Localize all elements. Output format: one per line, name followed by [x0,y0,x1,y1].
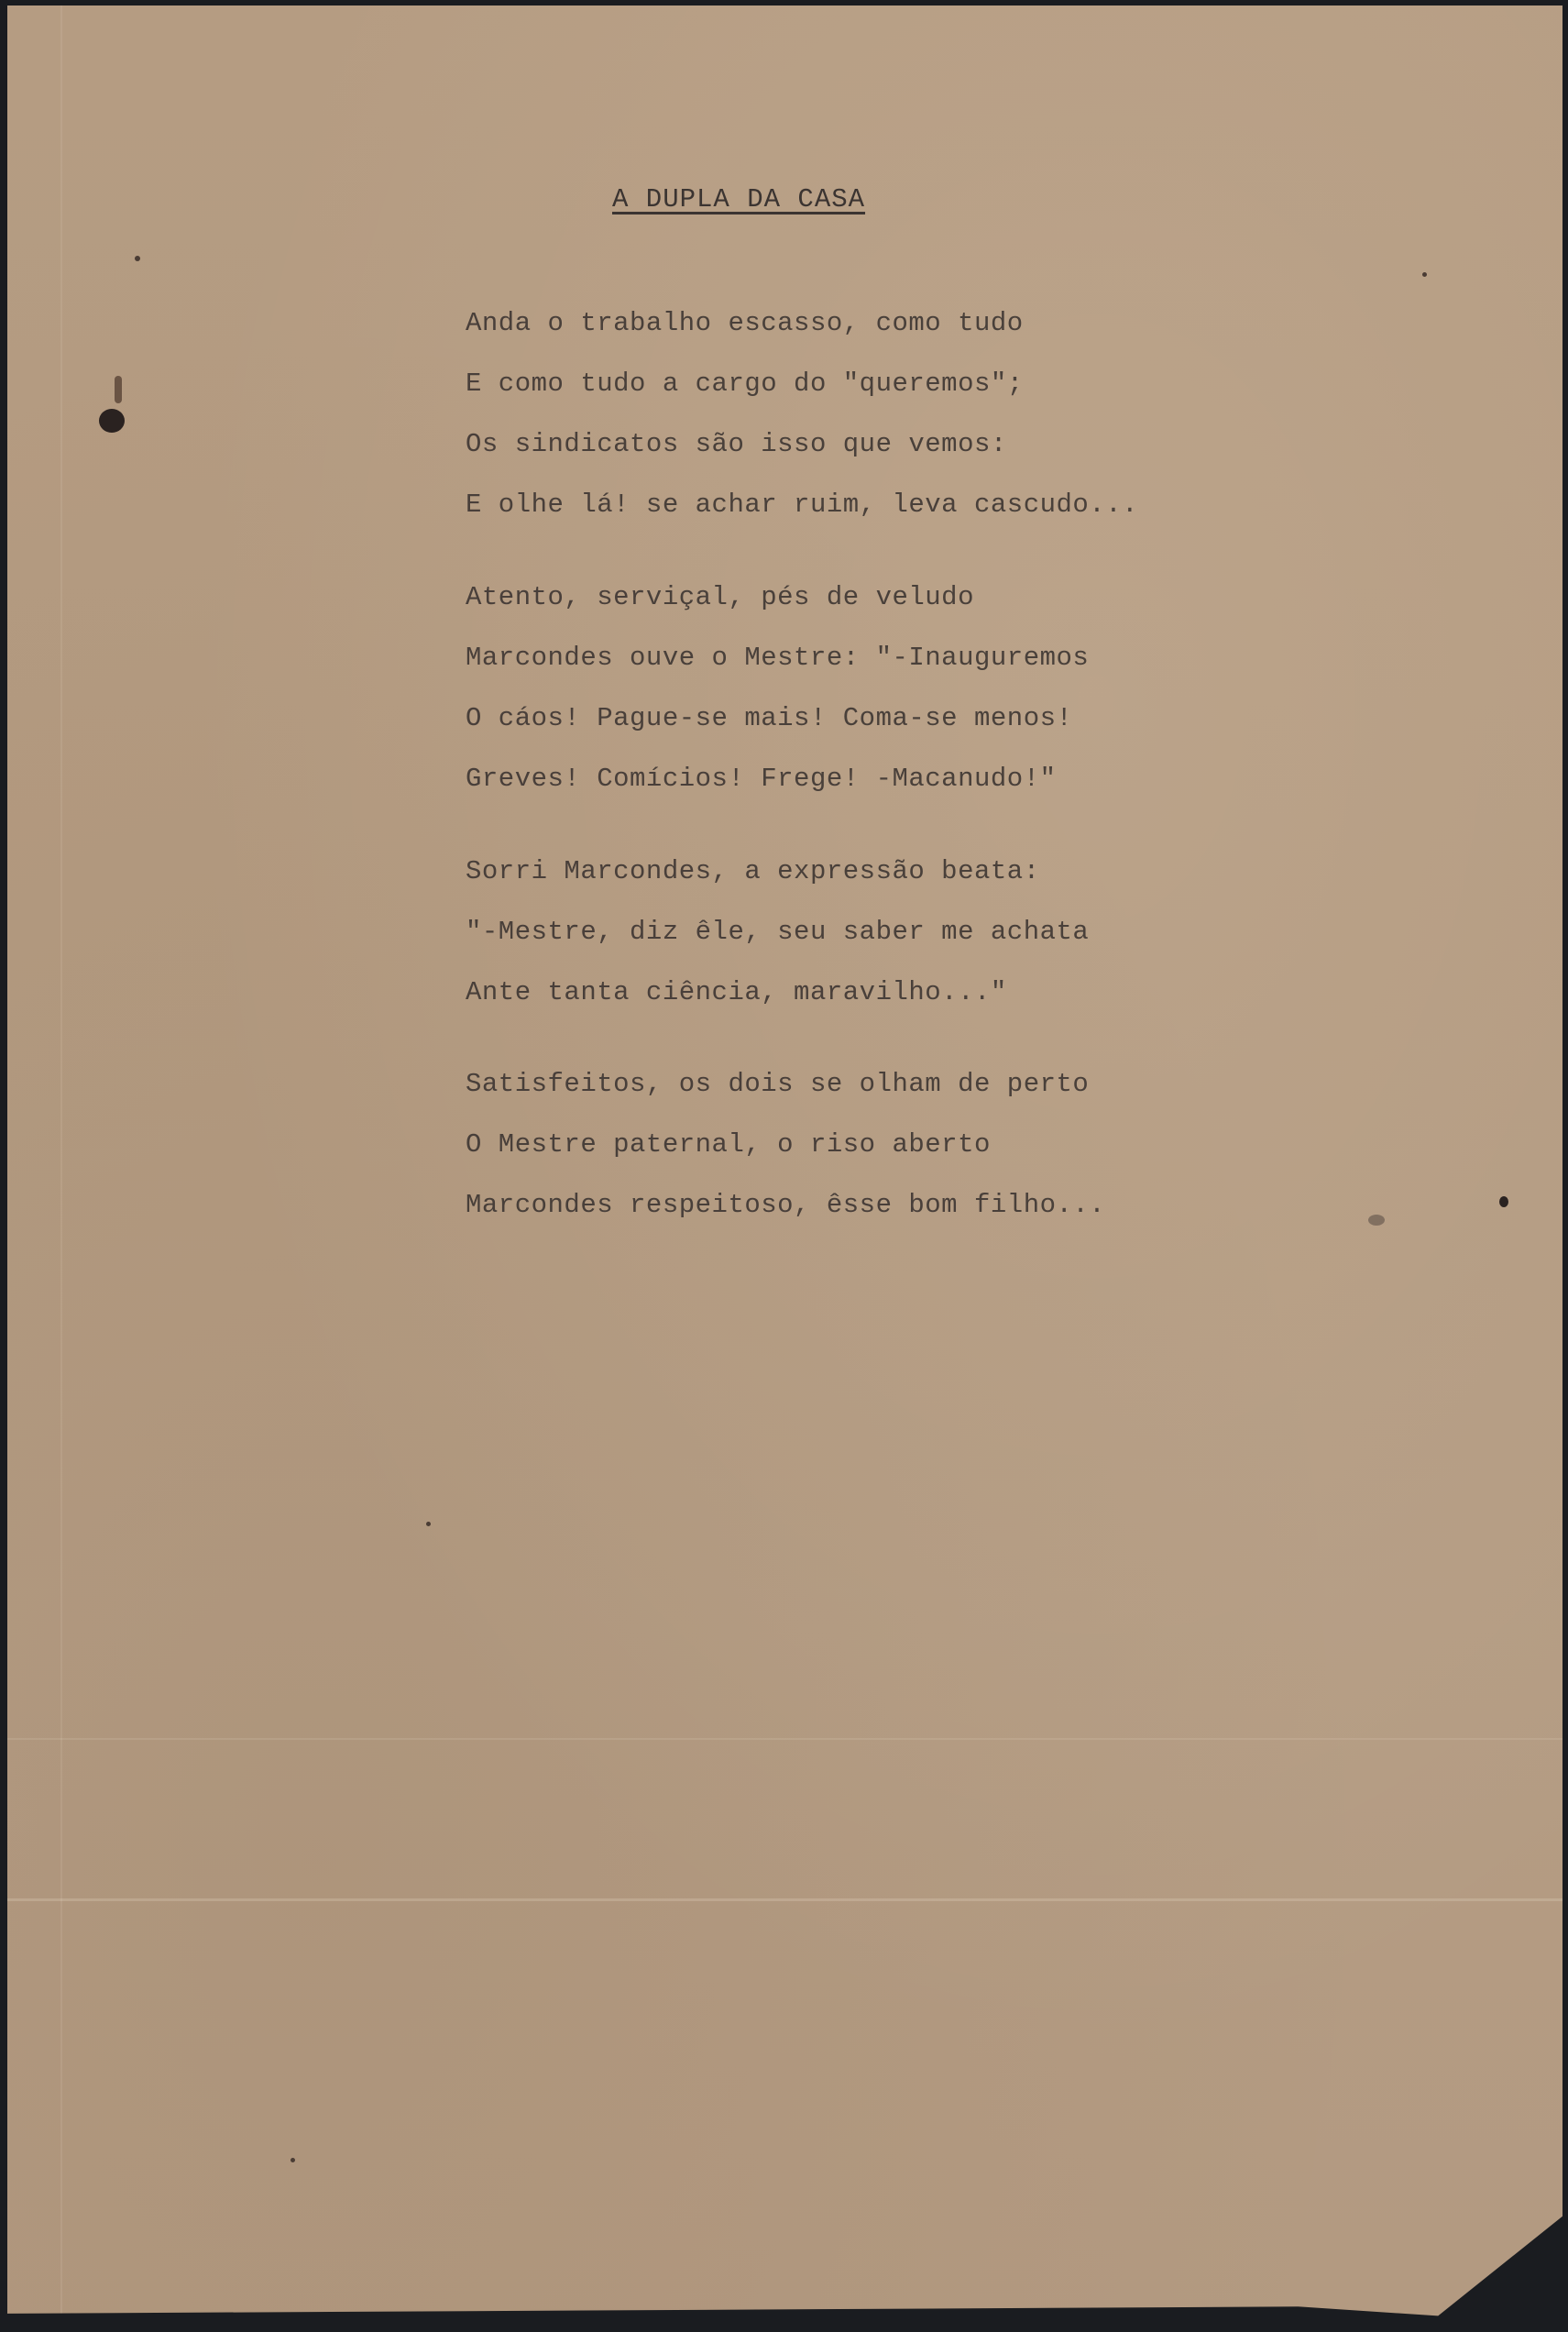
speck [1422,272,1427,277]
verse-line: Greves! Comícios! Frege! -Macanudo!" [466,749,1089,809]
stanza-3: Sorri Marcondes, a expressão beata: "-Me… [466,841,1089,1023]
verse-line: E como tudo a cargo do "queremos"; [466,354,1138,414]
ink-blot [99,409,125,433]
paper-crease [7,1738,1563,1740]
stanza-1: Anda o trabalho escasso, como tudo E com… [466,293,1138,535]
verse-line: O Mestre paternal, o riso aberto [466,1115,1105,1175]
stanza-2: Atento, serviçal, pés de veludo Marconde… [466,567,1089,809]
verse-line: Marcondes ouve o Mestre: "-Inauguremos [466,628,1089,688]
speck [135,256,140,261]
verse-line: O cáos! Pague-se mais! Coma-se menos! [466,688,1089,749]
stanza-4: Satisfeitos, os dois se olham de perto O… [466,1054,1105,1236]
paper-crease [7,1898,1563,1901]
speck [291,2158,295,2162]
poem-title: A DUPLA DA CASA [612,184,865,214]
verse-line: Ante tanta ciência, maravilho..." [466,962,1089,1023]
verse-line: Sorri Marcondes, a expressão beata: [466,841,1089,902]
verse-line: "-Mestre, diz êle, seu saber me achata [466,902,1089,962]
verse-line: Os sindicatos são isso que vemos: [466,414,1138,475]
verse-line: Satisfeitos, os dois se olham de perto [466,1054,1105,1115]
verse-line: Atento, serviçal, pés de veludo [466,567,1089,628]
ink-blot-drip [115,376,122,403]
paper-crease [60,5,62,2323]
speck [1499,1196,1508,1207]
verse-line: E olhe lá! se achar ruim, leva cascudo..… [466,475,1138,535]
verse-line: Marcondes respeitoso, êsse bom filho... [466,1175,1105,1236]
smudge [1368,1215,1385,1226]
verse-line: Anda o trabalho escasso, como tudo [466,293,1138,354]
speck [426,1522,431,1526]
